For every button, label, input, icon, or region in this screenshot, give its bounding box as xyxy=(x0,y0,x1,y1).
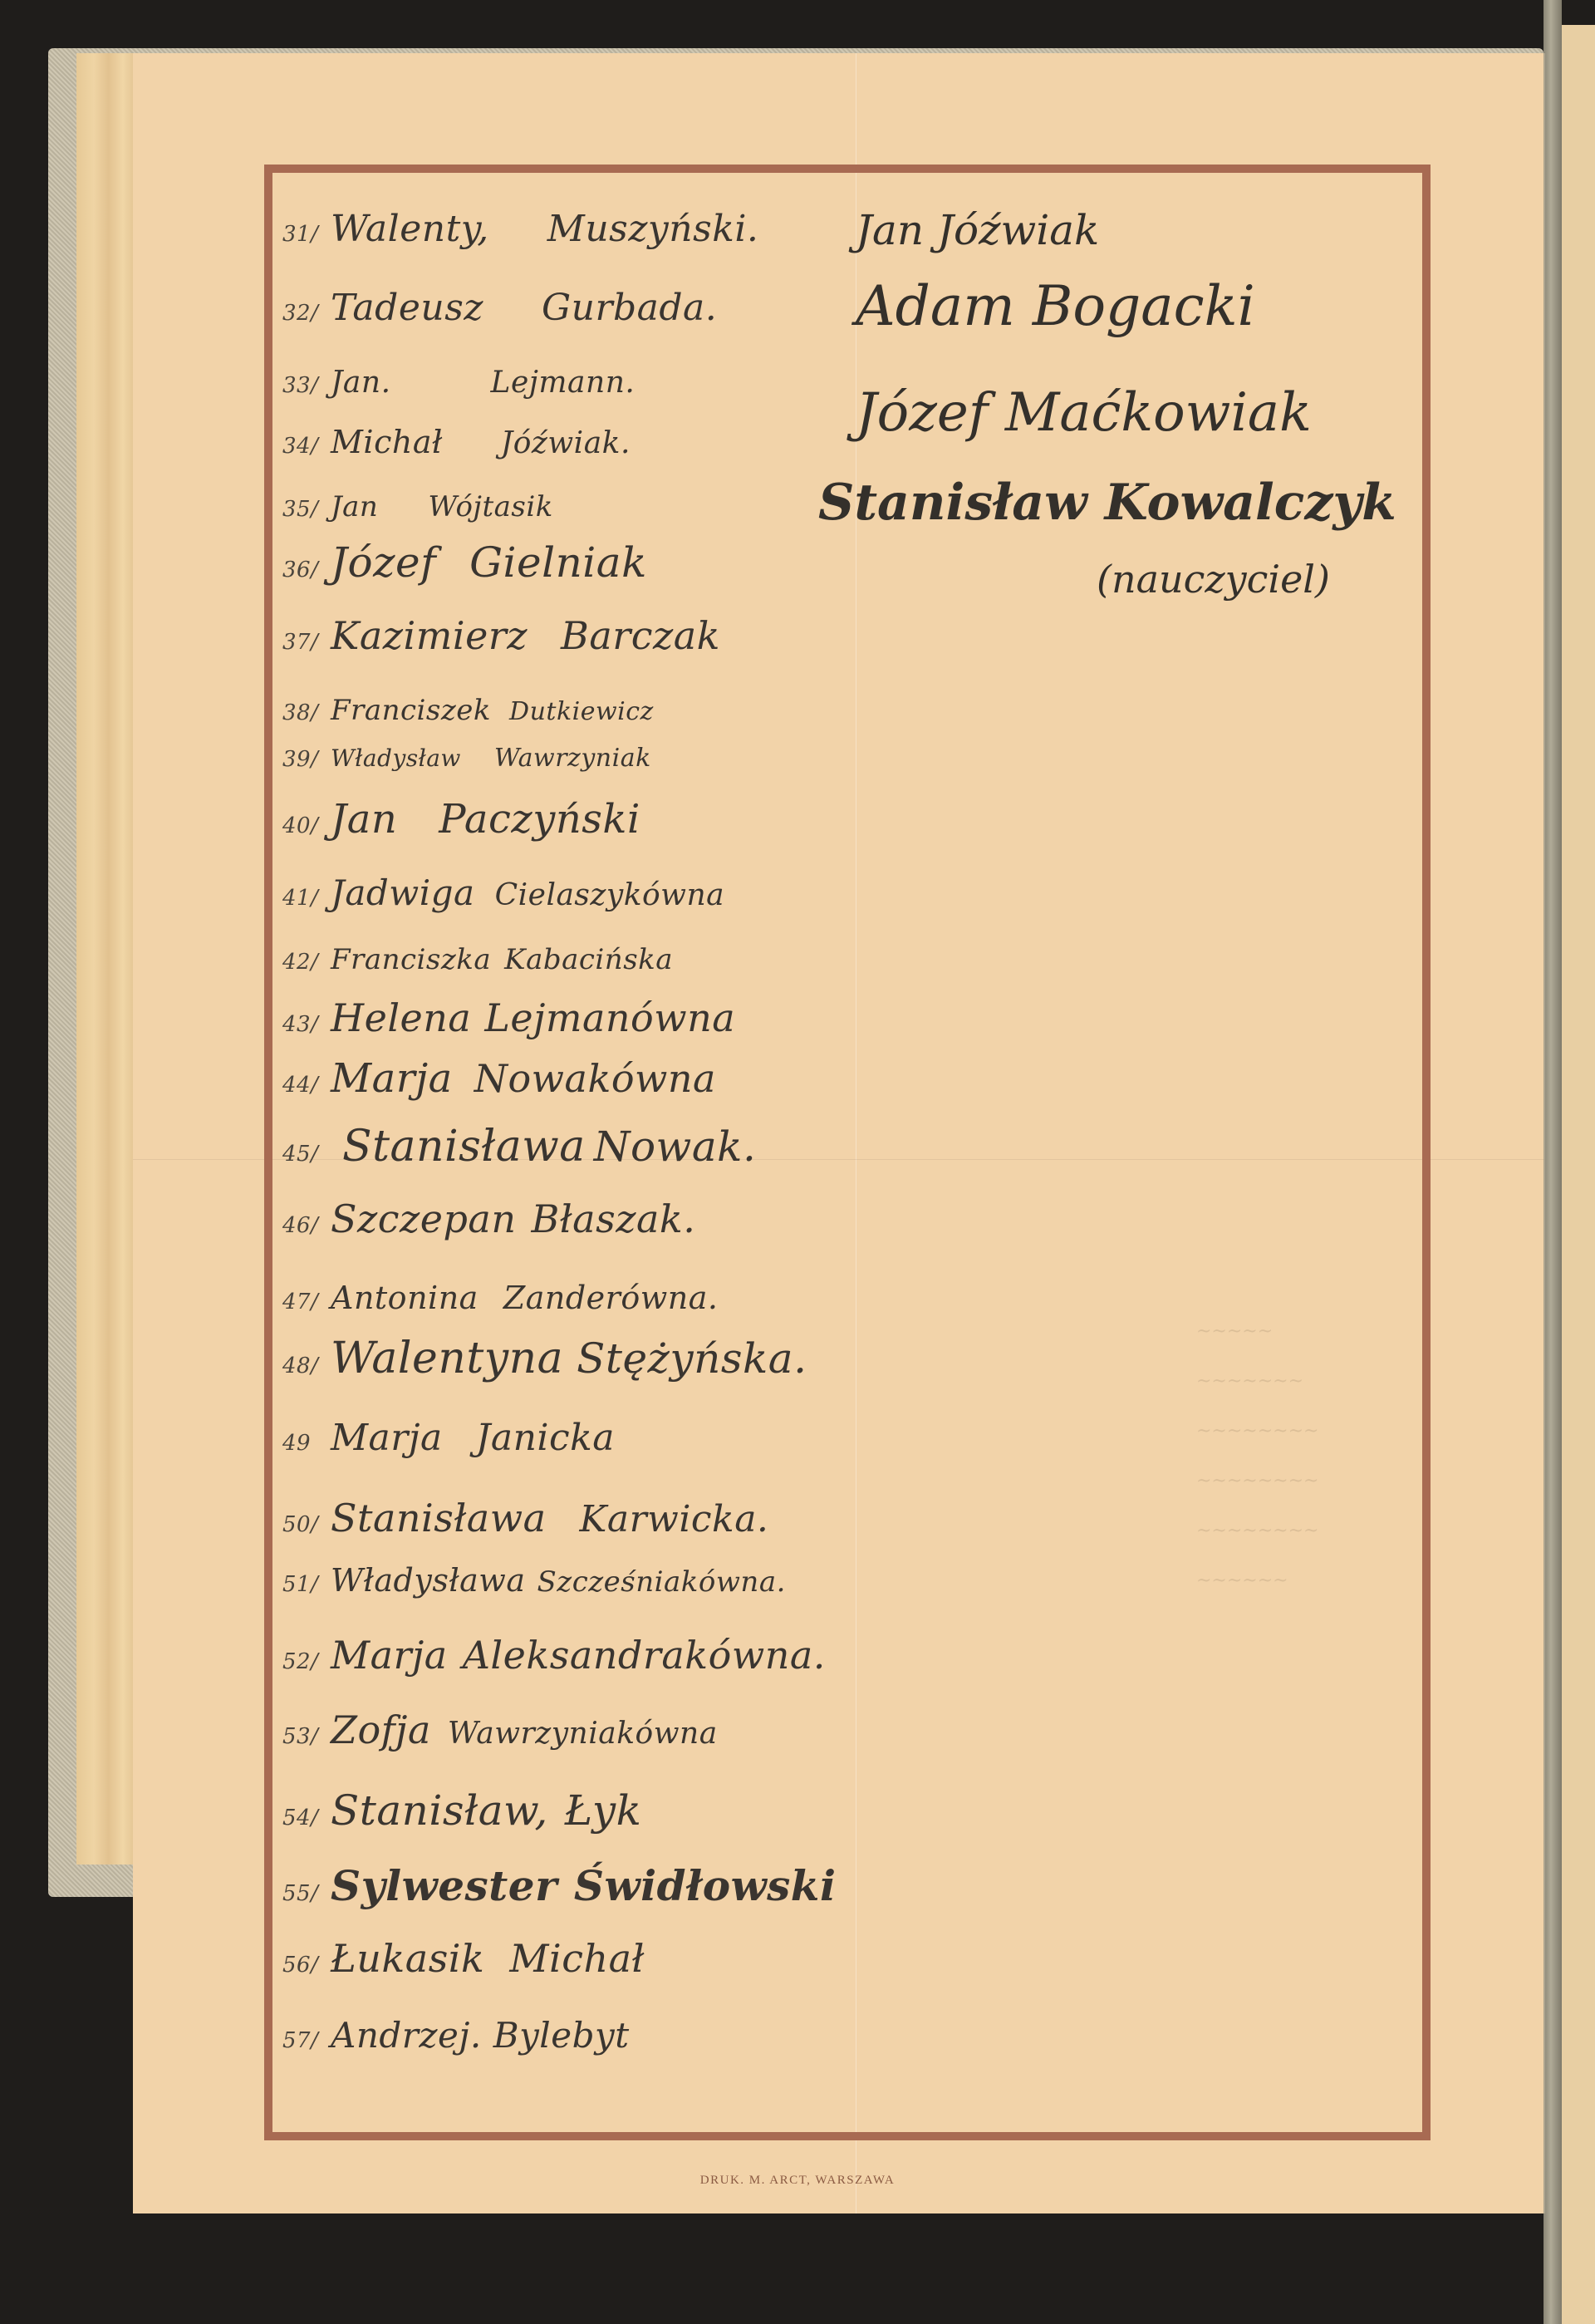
signature-mackowiak: Józef Maćkowiak xyxy=(856,382,1312,444)
entry-number: 40/ xyxy=(282,813,331,838)
entry-number: 44/ xyxy=(282,1073,331,1098)
given-name: Helena xyxy=(331,995,471,1040)
given-name: Łukasik xyxy=(331,1936,484,1981)
entry-number: 36/ xyxy=(282,558,331,582)
list-item: 40/JanPaczyński xyxy=(282,796,640,843)
list-item: 36/JózefGielniak xyxy=(282,538,647,587)
list-item: 31/Walenty,Muszyński. xyxy=(282,208,758,250)
entry-number: 51/ xyxy=(282,1572,331,1597)
facing-page-edge xyxy=(1562,25,1595,2324)
entry-number: 46/ xyxy=(282,1213,331,1238)
family-name: Łyk xyxy=(565,1786,642,1835)
entry-number: 37/ xyxy=(282,630,331,655)
family-name: Zanderówna. xyxy=(503,1280,719,1316)
list-item: 32/TadeuszGurbada. xyxy=(282,287,717,329)
entry-number: 42/ xyxy=(282,950,331,975)
entry-number: 45/ xyxy=(282,1142,331,1167)
family-name: Cielaszykówna xyxy=(495,878,725,912)
list-item: 53/ZofjaWawrzyniakówna xyxy=(282,1707,718,1752)
list-item: 39/WładysławWawrzyniak xyxy=(282,744,651,773)
given-name: Antonina xyxy=(331,1280,478,1316)
family-name: Gielniak xyxy=(469,538,647,587)
list-item: 44/MarjaNowakówna xyxy=(282,1055,716,1102)
entry-number: 33/ xyxy=(282,373,331,398)
family-name: Błaszak. xyxy=(531,1196,695,1241)
given-name: Szczepan xyxy=(331,1196,516,1241)
given-name: Walenty, xyxy=(331,208,489,250)
signature-kowalczyk: Stanisław Kowalczyk xyxy=(818,474,1396,532)
list-item: 43/HelenaLejmanówna xyxy=(282,995,735,1040)
entry-number: 43/ xyxy=(282,1012,331,1037)
entry-number: 34/ xyxy=(282,434,331,459)
family-name: Stężyńska. xyxy=(577,1334,807,1383)
family-name: Świdłowski xyxy=(574,1861,837,1910)
entry-number: 53/ xyxy=(282,1724,331,1749)
signature-role-teacher: (nauczyciel) xyxy=(1097,557,1330,602)
entry-number: 31/ xyxy=(282,222,331,247)
list-item: 42/FranciszkaKabacińska xyxy=(282,943,673,976)
family-name: Lejmanówna xyxy=(484,995,735,1040)
given-name: Marja xyxy=(331,1417,443,1459)
list-item: 37/KazimierzBarczak xyxy=(282,613,720,658)
list-item: 52/MarjaAleksandrakówna. xyxy=(282,1633,826,1678)
printer-imprint: DRUK. M. ARCT, WARSZAWA xyxy=(0,2174,1595,2188)
list-item: 46/SzczepanBłaszak. xyxy=(282,1196,695,1241)
family-name: Wawrzyniak xyxy=(494,744,651,773)
family-name: Michał xyxy=(509,1936,645,1981)
family-name: Gurbada. xyxy=(542,287,717,329)
given-name: Jan. xyxy=(331,366,391,400)
signature-jozwiak: Jan Jóźwiak xyxy=(856,206,1099,254)
given-name: Zofja xyxy=(331,1707,431,1752)
given-name: Walentyna xyxy=(331,1334,563,1383)
given-name: Kazimierz xyxy=(331,613,528,658)
page-edges xyxy=(76,53,135,1865)
list-item: 50/StanisławaKarwicka. xyxy=(282,1496,768,1540)
entry-number: 41/ xyxy=(282,886,331,911)
signature-bogacki: Adam Bogacki xyxy=(856,274,1255,338)
family-name: Janicka xyxy=(476,1417,615,1459)
list-item: 41/JadwigaCielaszykówna xyxy=(282,872,724,913)
family-name: Jóźwiak. xyxy=(501,426,631,460)
list-item: 38/FranciszekDutkiewicz xyxy=(282,694,654,727)
entry-number: 39/ xyxy=(282,747,331,772)
list-item: 34/MichałJóźwiak. xyxy=(282,424,631,460)
list-item: 47/AntoninaZanderówna. xyxy=(282,1280,718,1316)
given-name: Michał xyxy=(331,424,443,460)
family-name: Lejmann. xyxy=(491,366,636,400)
given-name: Tadeusz xyxy=(331,287,483,329)
entry-number: 50/ xyxy=(282,1512,331,1537)
given-name: Marja xyxy=(331,1633,448,1678)
family-name: Nowakówna xyxy=(474,1056,716,1101)
entry-number: 54/ xyxy=(282,1806,331,1830)
given-name: Władysława xyxy=(331,1562,525,1599)
given-name: Franciszek xyxy=(331,694,491,727)
family-name: Bylebyt xyxy=(493,2015,630,2056)
family-name: Barczak xyxy=(561,613,720,658)
family-name: Paczyński xyxy=(439,796,640,843)
entry-number: 49 xyxy=(282,1431,331,1456)
entry-number: 38/ xyxy=(282,700,331,725)
given-name: Marja xyxy=(331,1055,453,1102)
family-name: Muszyński. xyxy=(547,208,759,250)
list-item: 48/WalentynaStężyńska. xyxy=(282,1334,807,1383)
family-name: Nowak. xyxy=(594,1123,757,1171)
list-item: 56/ŁukasikMichał xyxy=(282,1936,645,1981)
given-name: Józef xyxy=(331,538,436,587)
list-item: 45/StanisławaNowak. xyxy=(282,1122,756,1172)
given-name: Władysław xyxy=(331,744,461,772)
family-name: Aleksandrakówna. xyxy=(463,1633,826,1678)
entry-number: 52/ xyxy=(282,1649,331,1674)
entry-number: 48/ xyxy=(282,1354,331,1378)
given-name: Stanisława xyxy=(342,1122,586,1172)
family-name: Szcześniakówna. xyxy=(537,1565,785,1599)
list-item: 35/JanWójtasik xyxy=(282,490,553,523)
entry-number: 56/ xyxy=(282,1953,331,1978)
given-name: Stanisław, xyxy=(331,1786,548,1835)
given-name: Franciszka xyxy=(331,943,491,976)
family-name: Dutkiewicz xyxy=(509,697,654,726)
list-item: 54/Stanisław,Łyk xyxy=(282,1786,641,1835)
family-name: Kabacińska xyxy=(504,943,673,976)
given-name: Stanisława xyxy=(331,1496,547,1540)
list-item: 49MarjaJanicka xyxy=(282,1417,615,1459)
given-name: Jan xyxy=(331,796,397,843)
entry-number: 35/ xyxy=(282,497,331,522)
family-name: Wawrzyniakówna xyxy=(448,1717,718,1751)
family-name: Wójtasik xyxy=(428,490,553,523)
list-item: 55/SylwesterŚwidłowski xyxy=(282,1861,836,1910)
given-name: Jadwiga xyxy=(331,872,475,913)
entry-number: 32/ xyxy=(282,301,331,326)
family-name: Karwicka. xyxy=(580,1498,769,1540)
list-item: 33/Jan.Lejmann. xyxy=(282,366,635,400)
book-gutter xyxy=(1543,0,1562,2324)
given-name: Andrzej. xyxy=(331,2015,482,2056)
given-name: Sylwester xyxy=(331,1861,557,1910)
given-name: Jan xyxy=(331,490,378,523)
list-item: 57/Andrzej.Bylebyt xyxy=(282,2015,630,2056)
entry-number: 47/ xyxy=(282,1290,331,1314)
entry-number: 57/ xyxy=(282,2028,331,2053)
entry-number: 55/ xyxy=(282,1881,331,1906)
list-item: 51/WładysławaSzcześniakówna. xyxy=(282,1562,786,1599)
